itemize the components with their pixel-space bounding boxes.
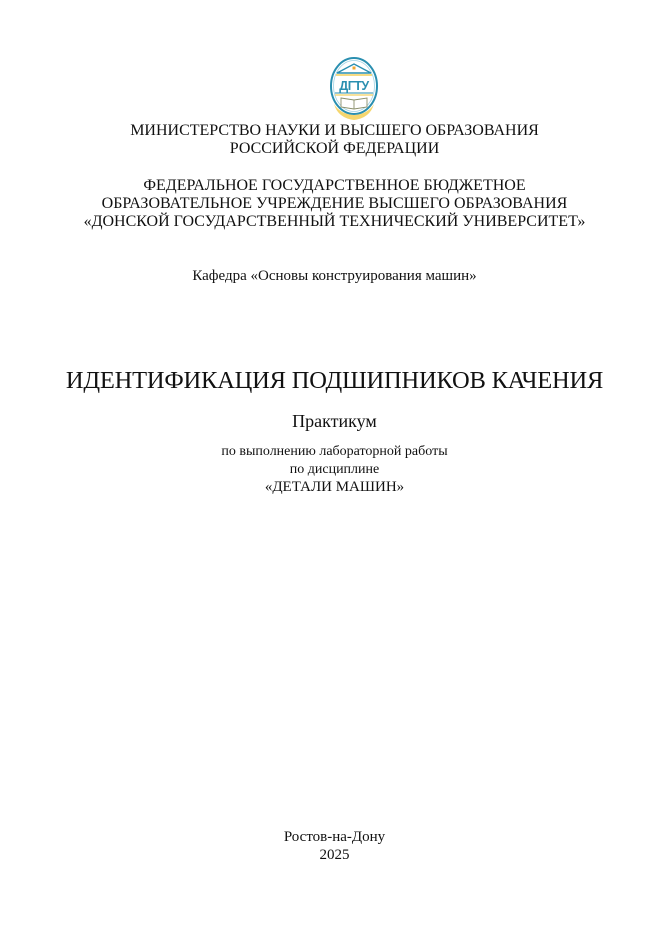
institution-line-2: ОБРАЗОВАТЕЛЬНОЕ УЧРЕЖДЕНИЕ ВЫСШЕГО ОБРАЗ…	[0, 194, 669, 213]
document-subtitle: Практикум	[0, 410, 669, 432]
ministry-line-1: МИНИСТЕРСТВО НАУКИ И ВЫСШЕГО ОБРАЗОВАНИЯ	[0, 121, 669, 140]
document-title: ИДЕНТИФИКАЦИЯ ПОДШИПНИКОВ КАЧЕНИЯ	[0, 367, 669, 395]
description-line-2: по дисциплине	[0, 462, 669, 479]
discipline-name: «ДЕТАЛИ МАШИН»	[0, 478, 669, 496]
city: Ростов-на-Дону	[0, 828, 669, 846]
document-page: ДГТУ МИНИСТЕРСТВО НАУКИ И ВЫСШЕГО ОБРАЗО…	[0, 0, 669, 936]
institution-line-1: ФЕДЕРАЛЬНОЕ ГОСУДАРСТВЕННОЕ БЮДЖЕТНОЕ	[0, 176, 669, 195]
year: 2025	[0, 846, 669, 864]
department-name: Кафедра «Основы конструирования машин»	[0, 267, 669, 285]
description-line-1: по выполнению лабораторной работы	[0, 444, 669, 461]
svg-text:ДГТУ: ДГТУ	[339, 79, 369, 93]
ministry-line-2: РОССИЙСКОЙ ФЕДЕРАЦИИ	[0, 139, 669, 158]
university-emblem-icon: ДГТУ	[324, 56, 384, 122]
institution-line-3: «ДОНСКОЙ ГОСУДАРСТВЕННЫЙ ТЕХНИЧЕСКИЙ УНИ…	[0, 212, 669, 231]
